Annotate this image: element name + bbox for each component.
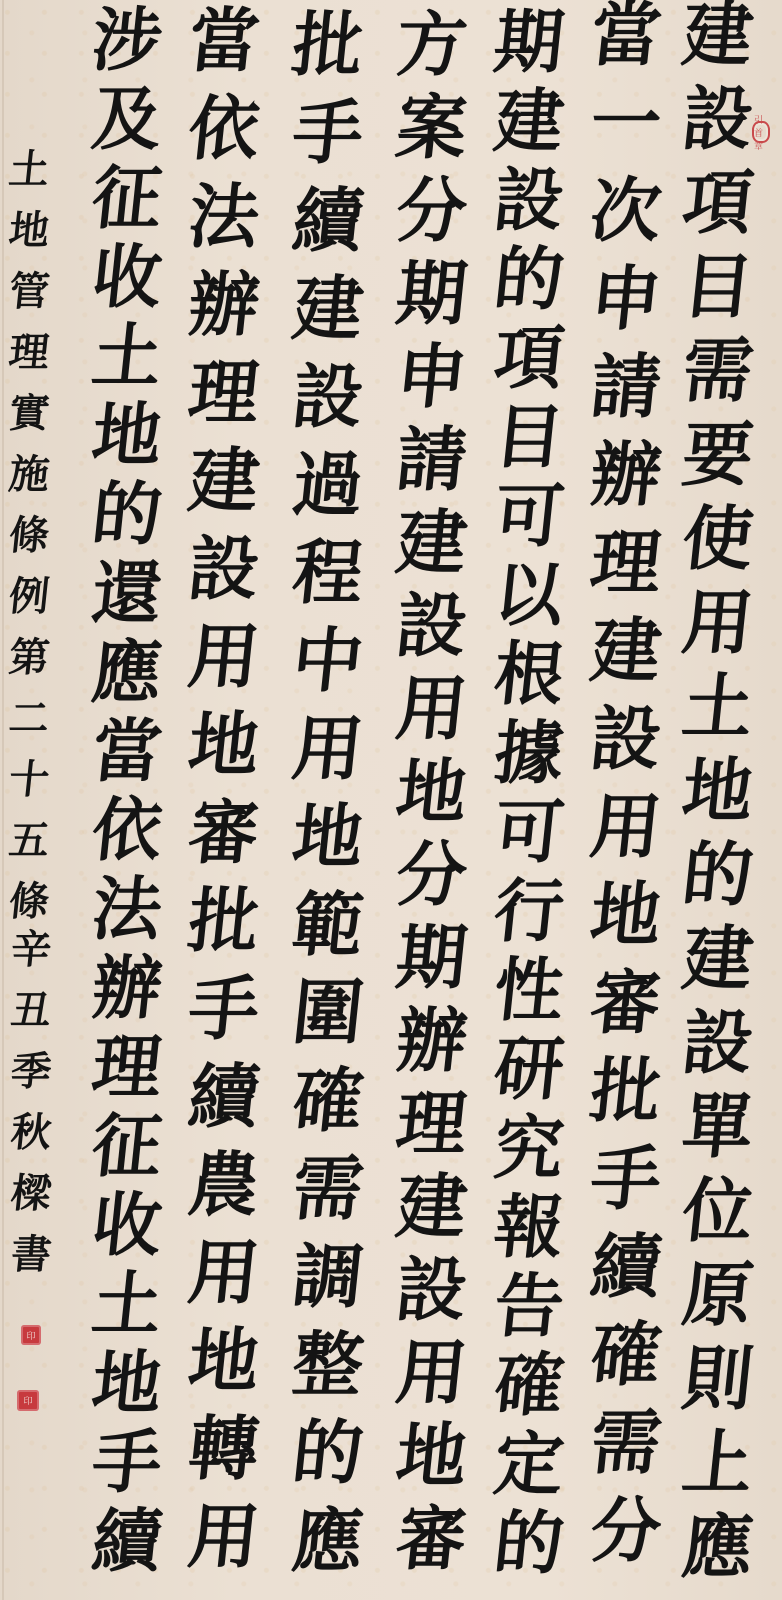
glyph: 可 [490,482,567,561]
glyph: 期 [392,923,471,1006]
glyph: 樑 [7,1174,53,1235]
glyph: 確 [287,1066,366,1154]
glyph: 地 [183,1326,262,1414]
glyph: 方 [392,10,471,93]
glyph: 土 [678,672,757,756]
calligraphy-scroll: 建設項目需要使用土地的建設單位原則上應 當一次申請辦理建設用地審批手續確需分 期… [0,0,782,1600]
glyph: 審 [585,968,664,1056]
glyph: 當 [88,717,165,796]
glyph: 整 [287,1330,366,1418]
glyph: 需 [678,336,757,420]
glyph: 研 [490,1035,567,1114]
glyph: 設 [585,704,664,792]
glyph: 用 [287,714,366,802]
glyph: 地 [585,880,664,968]
glyph: 性 [490,956,567,1035]
glyph: 申 [392,342,471,425]
glyph: 十 [5,760,51,821]
glyph: 調 [287,1242,366,1330]
glyph: 用 [678,588,757,672]
glyph: 辛 [7,930,53,991]
glyph: 設 [392,1255,471,1338]
glyph: 期 [392,259,471,342]
glyph: 五 [5,821,51,882]
glyph: 應 [88,638,165,717]
glyph: 續 [88,1507,165,1586]
glyph: 用 [183,622,262,710]
glyph: 理 [88,1033,165,1112]
inscription-source: 土地管理實施條例第二十五條 [8,150,48,943]
glyph: 設 [287,362,366,450]
glyph: 續 [287,186,366,274]
glyph: 建 [392,1172,471,1255]
glyph: 建 [392,508,471,591]
glyph: 當 [183,6,262,94]
glyph: 土 [5,150,51,211]
glyph: 可 [490,798,567,877]
glyph: 定 [490,1430,567,1509]
glyph: 辦 [585,440,664,528]
glyph: 依 [88,796,165,875]
glyph: 分 [392,840,471,923]
inscription-signature: 辛丑季秋樑書 [10,930,50,1296]
glyph: 設 [392,591,471,674]
glyph: 使 [678,504,757,588]
glyph: 地 [392,1421,471,1504]
glyph: 丑 [7,991,53,1052]
glyph: 地 [5,211,51,272]
glyph: 第 [5,638,51,699]
glyph: 續 [585,1232,664,1320]
glyph: 實 [5,394,51,455]
glyph: 土 [88,322,165,401]
glyph: 一 [585,88,664,176]
glyph: 中 [287,626,366,714]
glyph: 土 [88,1270,165,1349]
glyph: 管 [5,272,51,333]
glyph: 期 [490,8,567,87]
glyph: 二 [5,699,51,760]
glyph: 書 [7,1235,53,1296]
glyph: 圍 [287,978,366,1066]
glyph: 用 [392,1338,471,1421]
glyph: 征 [88,164,165,243]
glyph: 條 [5,516,51,577]
glyph: 批 [183,886,262,974]
glyph: 建 [585,616,664,704]
glyph: 用 [183,1502,262,1590]
glyph: 請 [392,425,471,508]
glyph: 的 [678,840,757,924]
glyph: 批 [287,10,366,98]
glyph: 地 [183,710,262,798]
glyph: 則 [678,1344,757,1428]
glyph: 用 [392,674,471,757]
glyph: 建 [678,0,757,84]
glyph: 請 [585,352,664,440]
glyph: 法 [183,182,262,270]
glyph: 確 [490,1351,567,1430]
glyph: 建 [183,446,262,534]
glyph: 報 [490,1193,567,1272]
glyph: 審 [392,1504,471,1587]
glyph: 辦 [392,1006,471,1089]
glyph: 法 [88,875,165,954]
glyph: 手 [88,1428,165,1507]
glyph: 分 [392,176,471,259]
glyph: 要 [678,420,757,504]
glyph: 原 [678,1260,757,1344]
glyph: 手 [585,1144,664,1232]
glyph: 項 [678,168,757,252]
glyph: 範 [287,890,366,978]
glyph: 的 [88,480,165,559]
glyph: 位 [678,1176,757,1260]
glyph: 據 [490,719,567,798]
glyph: 還 [88,559,165,638]
text-column-1: 建設項目需要使用土地的建設單位原則上應 [682,0,752,1596]
glyph: 例 [5,577,51,638]
text-column-5: 批手續建設過程中用地範圍確需調整的應 [292,10,362,1594]
glyph: 需 [585,1408,664,1496]
glyph: 涉 [88,6,165,85]
glyph: 建 [490,87,567,166]
glyph: 辦 [183,270,262,358]
glyph: 設 [678,1008,757,1092]
glyph: 理 [585,528,664,616]
text-column-7: 涉及征收土地的還應當依法辦理征收土地手續 [92,6,161,1586]
leading-seal: 引首章 [752,121,770,143]
glyph: 地 [88,1349,165,1428]
glyph: 手 [183,974,262,1062]
glyph: 過 [287,450,366,538]
glyph: 理 [183,358,262,446]
glyph: 設 [678,84,757,168]
glyph: 需 [287,1154,366,1242]
glyph: 的 [490,245,567,324]
glyph: 依 [183,94,262,182]
glyph: 季 [7,1052,53,1113]
glyph: 及 [88,85,165,164]
glyph: 的 [287,1418,366,1506]
glyph: 理 [392,1089,471,1172]
glyph: 收 [88,243,165,322]
glyph: 確 [585,1320,664,1408]
text-column-4: 方案分期申請建設用地分期辦理建設用地審 [396,10,466,1587]
glyph: 應 [287,1506,366,1594]
glyph: 批 [585,1056,664,1144]
glyph: 設 [490,166,567,245]
text-column-2: 當一次申請辦理建設用地審批手續確需分 [590,0,660,1584]
glyph: 轉 [183,1414,262,1502]
glyph: 根 [490,640,567,719]
glyph: 審 [183,798,262,886]
glyph: 項 [490,324,567,403]
glyph: 應 [678,1512,757,1596]
glyph: 秋 [7,1113,53,1174]
glyph: 分 [585,1496,664,1584]
glyph: 以 [490,561,567,640]
glyph: 續 [183,1062,262,1150]
glyph: 的 [490,1509,567,1588]
glyph: 設 [183,534,262,622]
glyph: 理 [5,333,51,394]
name-seal-2: 印 [17,1390,39,1411]
glyph: 施 [5,455,51,516]
glyph: 征 [88,1112,165,1191]
glyph: 地 [392,757,471,840]
glyph: 究 [490,1114,567,1193]
glyph: 目 [490,403,567,482]
glyph: 單 [678,1092,757,1176]
glyph: 次 [585,176,664,264]
glyph: 地 [287,802,366,890]
glyph: 案 [392,93,471,176]
glyph: 程 [287,538,366,626]
glyph: 告 [490,1272,567,1351]
glyph: 當 [585,0,664,88]
glyph: 辦 [88,954,165,1033]
glyph: 地 [678,756,757,840]
glyph: 建 [678,924,757,1008]
text-column-3: 期建設的項目可以根據可行性研究報告確定的 [494,8,563,1588]
glyph: 農 [183,1150,262,1238]
glyph: 建 [287,274,366,362]
glyph: 申 [585,264,664,352]
glyph: 上 [678,1428,757,1512]
mount-edge [2,0,4,1600]
name-seal-1: 印 [21,1325,41,1345]
glyph: 地 [88,401,165,480]
glyph: 手 [287,98,366,186]
text-column-6: 當依法辦理建設用地審批手續農用地轉用 [188,6,258,1590]
glyph: 目 [678,252,757,336]
glyph: 用 [183,1238,262,1326]
glyph: 用 [585,792,664,880]
glyph: 行 [490,877,567,956]
glyph: 收 [88,1191,165,1270]
